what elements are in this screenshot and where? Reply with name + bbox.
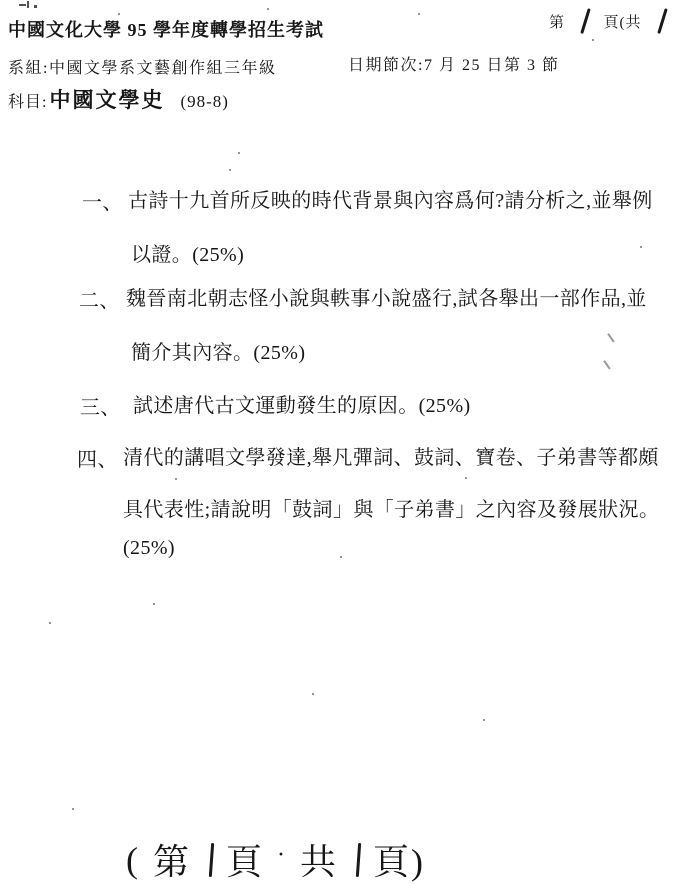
exam-paper-page: 中國文化大學 95 學年度轉學招生考試 第 頁(共 系組:中國文學系文藝創作組三…: [0, 0, 700, 888]
scan-noise-dot: [418, 13, 420, 15]
footer-separator-dot: ·: [277, 842, 287, 869]
question-2-line-1: 魏晉南北朝志怪小說與軼事小說盛行,試各舉出一部作品,並: [126, 282, 647, 311]
footer-page-label: 第: [153, 834, 191, 885]
scan-noise-dot: [592, 39, 594, 41]
subject-row: 科目: 中國文學史 (98-8): [8, 84, 229, 114]
scan-noise-dot: [340, 556, 342, 558]
scan-smudge: [19, 4, 26, 6]
footer-open-paren: (: [126, 839, 140, 881]
handwritten-page-number: [580, 8, 590, 34]
scan-smudge: [34, 5, 37, 8]
handwritten-total-pages: [657, 8, 667, 34]
date-session-line: 日期節次:7 月 25 日第 3 節: [348, 52, 559, 75]
scan-noise-dot: [640, 246, 642, 248]
footer-total-unit: 頁): [373, 834, 425, 885]
question-1-number: 一、: [82, 186, 123, 215]
scan-noise-dot: [267, 8, 269, 10]
scan-noise-dot: [153, 603, 155, 605]
page-footer: ( 第 頁 · 共 頁): [126, 834, 438, 885]
scan-tick-mark: [607, 333, 614, 342]
page-field-suffix: 頁(共: [604, 11, 642, 32]
department-line: 系組:中國文學系文藝創作組三年級: [8, 55, 276, 78]
question-1-line-1: 古詩十九首所反映的時代背景與內容爲何?請分析之,並舉例: [128, 184, 653, 213]
subject-name: 中國文學史: [49, 84, 164, 114]
scan-noise-dot: [175, 478, 177, 480]
footer-total-label: 共: [300, 834, 338, 885]
question-4-line-1: 清代的講唱文學發達,舉凡彈詞、鼓詞、寶卷、子弟書等都頗: [123, 441, 659, 470]
question-3-line-1: 試述唐代古文運動發生的原因。(25%): [133, 389, 471, 418]
subject-code: (98-8): [180, 92, 228, 112]
question-4-line-3: (25%): [123, 537, 175, 560]
handwritten-footer-page-number: [209, 842, 214, 876]
subject-label: 科目:: [8, 89, 47, 112]
question-2-line-2: 簡介其內容。(25%): [131, 336, 305, 365]
question-3-number: 三、: [80, 391, 121, 420]
question-1-line-2: 以證。(25%): [131, 238, 244, 267]
handwritten-footer-total-pages: [356, 842, 361, 876]
scan-noise-dot: [229, 169, 231, 171]
scan-smudge: [27, 1, 29, 8]
question-4-line-2: 具代表性;請說明「鼓詞」與「子弟書」之內容及發展狀況。: [123, 493, 659, 522]
question-4-number: 四、: [77, 443, 118, 472]
footer-page-unit: 頁: [226, 834, 264, 885]
scan-noise-dot: [560, 190, 562, 192]
scan-noise-dot: [483, 719, 485, 721]
scan-noise-dot: [238, 152, 240, 154]
scan-tick-mark: [603, 360, 610, 369]
exam-title: 中國文化大學 95 學年度轉學招生考試: [8, 16, 324, 42]
scan-noise-dot: [465, 477, 467, 479]
scan-noise-dot: [312, 693, 314, 695]
page-field-prefix: 第: [549, 11, 565, 32]
scan-noise-dot: [49, 622, 51, 624]
scan-noise-dot: [118, 13, 120, 15]
question-2-number: 二、: [79, 284, 120, 313]
page-number-field: 第 頁(共: [549, 8, 680, 34]
scan-noise-dot: [72, 808, 74, 810]
